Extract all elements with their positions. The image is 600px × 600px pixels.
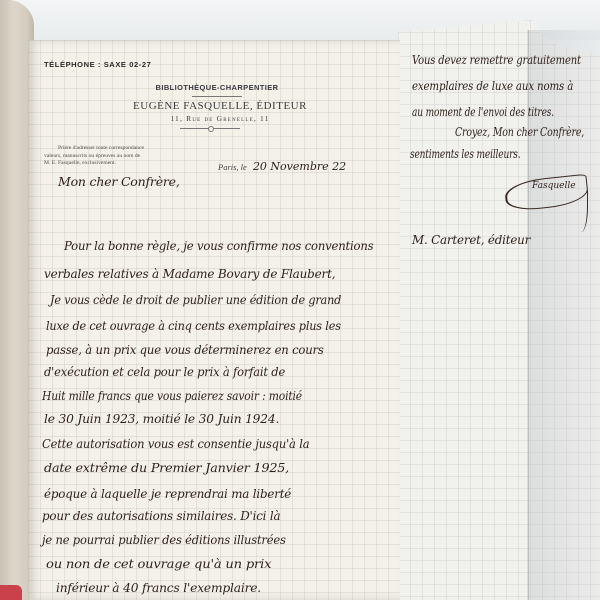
letter-line: luxe de cet ouvrage à cinq cents exempla…: [46, 318, 341, 333]
salutation: Mon cher Confrère,: [58, 174, 180, 189]
addressee: M. Carteret, éditeur: [412, 232, 530, 247]
continuation-line: sentiments les meilleurs.: [410, 146, 520, 161]
signature: Fasquelle: [532, 181, 576, 191]
letter-line: Cette autorisation vous est consentie ju…: [42, 436, 309, 451]
letter-line: passe, à un prix que vous déterminerez e…: [46, 342, 324, 357]
publisher-name: EUGÈNE FASQUELLE, ÉDITEUR: [110, 100, 330, 112]
continuation-line: Vous devez remettre gratuitement: [412, 52, 581, 67]
letter-line: verbales relatives à Madame Bovary de Fl…: [44, 266, 335, 281]
library-name: BIBLIOTHÈQUE-CHARPENTIER: [132, 83, 302, 92]
letter-line: je ne pourrai publier des éditions illus…: [42, 532, 286, 547]
publisher-address: 11, Rue de Grenelle, 11: [130, 114, 310, 123]
letter-line: Huit mille francs que vous paierez savoi…: [42, 388, 302, 403]
letter-line: ou non de cet ouvrage qu'à un prix: [46, 556, 271, 571]
continuation-line: au moment de l'envoi des titres.: [412, 104, 554, 119]
divider: [192, 96, 242, 97]
continuation-line: exemplaires de luxe aux noms à: [412, 78, 573, 93]
letter-line: le 30 Juin 1923, moitié le 30 Juin 1924.: [44, 411, 279, 426]
letter-line: d'exécution et cela pour le prix à forfa…: [44, 364, 285, 379]
letter-line: inférieur à 40 francs l'exemplaire.: [56, 580, 261, 595]
handwritten-date: 20 Novembre 22: [253, 160, 346, 173]
letter-line: date extrême du Premier Janvier 1925,: [44, 460, 289, 475]
continuation-line: Croyez, Mon cher Confrère,: [455, 124, 584, 139]
letter-line: Je vous cède le droit de publier une édi…: [50, 292, 341, 307]
letter-line: époque à laquelle je reprendrai ma liber…: [44, 486, 291, 501]
dateline: Paris, le 20 Novembre 22: [218, 160, 346, 173]
letter-line: pour des autorisations similaires. D'ici…: [42, 508, 280, 523]
correspondence-notice: Prière d'adresser toute correspondance v…: [44, 145, 184, 168]
letter-line: Pour la bonne règle, je vous confirme no…: [64, 238, 373, 253]
telephone-header: TÉLÉPHONE : SAXE 02-27: [44, 60, 151, 69]
red-object: [0, 585, 22, 600]
ornament-divider: [180, 128, 240, 129]
